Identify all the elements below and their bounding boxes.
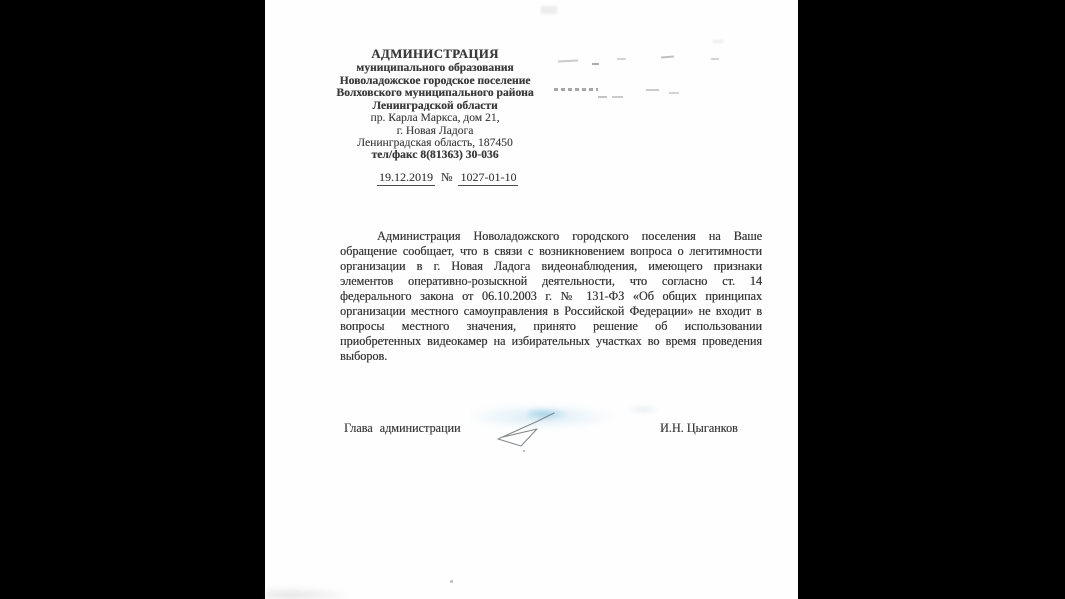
signature-scribble — [480, 400, 565, 455]
scan-artifact — [612, 96, 623, 98]
scan-artifact — [598, 96, 607, 98]
reference-line: 19.12.2019 № 1027-01-10 — [377, 170, 518, 185]
scan-artifact — [528, 91, 531, 94]
scan-artifact — [265, 586, 350, 599]
letterbox-right — [798, 0, 1065, 599]
scan-artifact — [558, 59, 578, 62]
number-sign: № — [441, 170, 452, 184]
scan-artifact — [711, 58, 719, 60]
scan-artifact — [669, 92, 679, 94]
scan-artifact — [554, 88, 598, 91]
body-line: элементов оперативно-розыскной деятельно… — [340, 274, 762, 289]
scan-artifact — [617, 58, 626, 60]
body-line: вопросы местного значения, принято решен… — [340, 319, 762, 334]
org-name-line: муниципального образования — [327, 62, 543, 75]
scan-artifact — [592, 63, 599, 65]
org-name-line: АДМИНИСТРАЦИЯ — [327, 48, 543, 61]
body-line: приобретенных видеокамер на избирательны… — [340, 334, 762, 349]
body-line: обращение сообщает, что в связи с возник… — [340, 244, 762, 259]
letter-body: Администрация Новоладожского городского … — [340, 229, 762, 364]
signer-position: Глава администрации — [344, 421, 461, 436]
scan-artifact — [713, 40, 723, 43]
letterhead: АДМИНИСТРАЦИЯ муниципального образования… — [327, 48, 543, 162]
org-address-line: г. Новая Ладога — [327, 125, 543, 137]
scan-artifact — [450, 580, 453, 583]
body-line: организации местного самоуправления в Ро… — [340, 304, 762, 319]
letter-date: 19.12.2019 — [377, 170, 435, 186]
scan-artifact — [661, 56, 674, 59]
scan-artifact — [646, 89, 659, 91]
body-line: организации в г. Новая Ладога видеонаблю… — [340, 259, 762, 274]
scan-artifact — [521, 90, 524, 93]
org-name-line: Волховского муниципального района — [327, 87, 543, 100]
signature-smudge-faint — [627, 404, 659, 415]
body-line: выборов. — [340, 349, 762, 364]
signer-name: И.Н. Цыганков — [660, 421, 738, 436]
letterbox-left — [0, 0, 265, 599]
scan-artifact — [541, 6, 557, 14]
org-phone-line: тел/факс 8(81363) 30-036 — [327, 149, 543, 162]
scanned-letter-screenshot: АДМИНИСТРАЦИЯ муниципального образования… — [0, 0, 1065, 599]
letter-number: 1027-01-10 — [458, 170, 518, 186]
document-page: АДМИНИСТРАЦИЯ муниципального образования… — [265, 0, 798, 599]
body-line: федерального закона от 06.10.2003 г. № 1… — [340, 289, 762, 304]
body-line: Администрация Новоладожского городского … — [340, 229, 762, 244]
org-address-line: пр. Карла Маркса, дом 21, — [327, 112, 543, 124]
